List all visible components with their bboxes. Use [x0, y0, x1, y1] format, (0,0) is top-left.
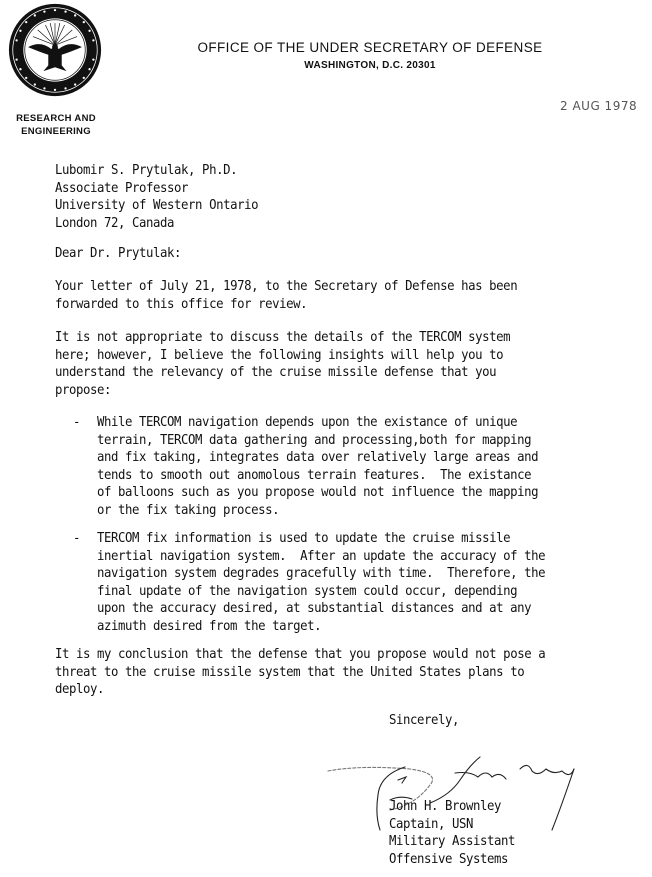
signer-rank: Captain, USN [389, 816, 515, 834]
signature-block: John H. BrownleyCaptain, USNMilitary Ass… [389, 798, 515, 868]
department-of-defense-seal-icon [7, 2, 103, 98]
body-paragraph-3: It is my conclusion that the defense tha… [55, 646, 545, 699]
recipient-city: London 72, Canada [55, 215, 258, 233]
office-title: OFFICE OF THE UNDER SECRETARY OF DEFENSE [150, 40, 590, 55]
body-paragraph-2: It is not appropriate to discuss the det… [55, 329, 510, 399]
recipient-position: Associate Professor [55, 180, 258, 198]
bullet-marker: - [73, 530, 80, 548]
bullet-marker: - [73, 414, 80, 432]
recipient-institution: University of Western Ontario [55, 197, 258, 215]
body-paragraph-1: Your letter of July 21, 1978, to the Sec… [55, 278, 517, 313]
department-subunit-line2: ENGINEERING [0, 125, 112, 138]
bullet-item-1: While TERCOM navigation depends upon the… [97, 414, 538, 519]
salutation: Dear Dr. Prytulak: [55, 245, 181, 263]
department-subunit: RESEARCH AND ENGINEERING [0, 112, 112, 138]
signer-division: Offensive Systems [389, 851, 515, 869]
recipient-name: Lubomir S. Prytulak, Ph.D. [55, 162, 258, 180]
recipient-address: Lubomir S. Prytulak, Ph.D.Associate Prof… [55, 162, 258, 232]
closing: Sincerely, [389, 712, 459, 730]
bullet-item-2: TERCOM fix information is used to update… [97, 530, 545, 635]
date-stamp: 2 AUG 1978 [560, 99, 637, 113]
department-subunit-line1: RESEARCH AND [0, 112, 112, 125]
signer-name: John H. Brownley [389, 798, 515, 816]
office-address: WASHINGTON, D.C. 20301 [150, 60, 590, 71]
signer-title: Military Assistant [389, 833, 515, 851]
